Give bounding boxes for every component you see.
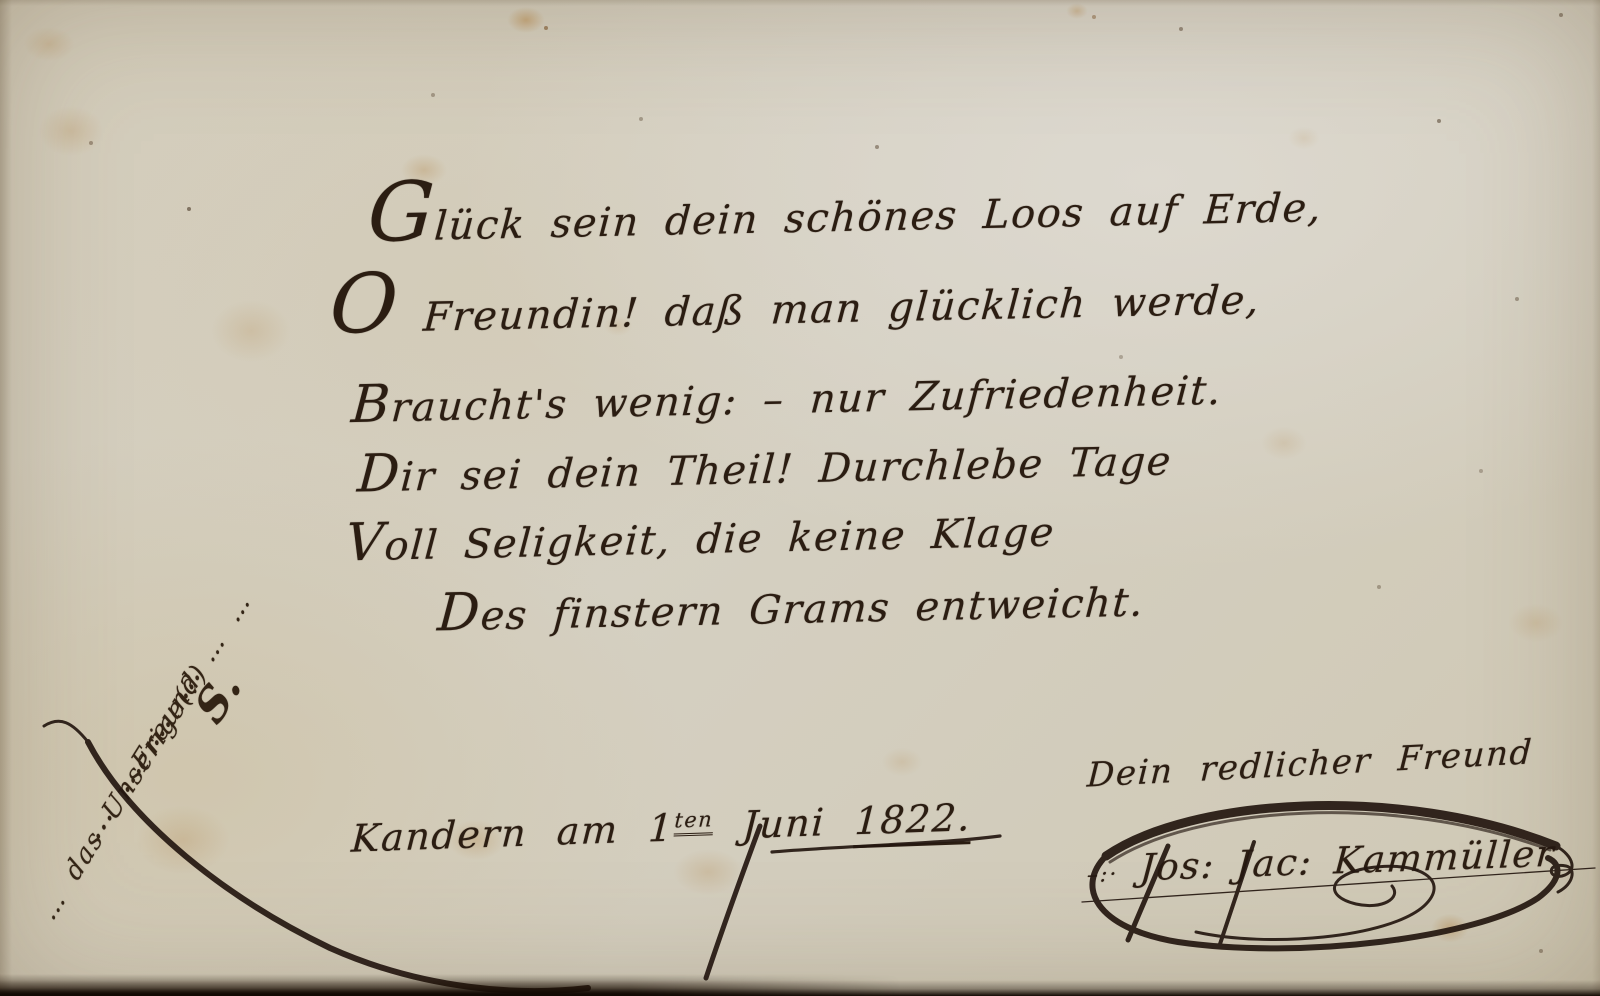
stain xyxy=(196,288,306,374)
dateline-year: 1822. xyxy=(853,795,972,848)
page-edge-top xyxy=(0,0,1600,6)
stain xyxy=(26,96,116,166)
page-edge-bottom-left xyxy=(0,974,900,996)
poem-line-3: Braucht's wenig: – nur Zufriedenheit. xyxy=(350,365,1224,435)
valediction: Dein redlicher Freund xyxy=(1086,730,1534,797)
ink-specks xyxy=(0,0,2,2)
page-edge-left xyxy=(0,0,12,996)
poem-line-6: Des finstern Grams entweicht. xyxy=(436,577,1146,644)
signature-line: –:· Jos: Jac: Kammüller xyxy=(1086,830,1557,894)
marginalia-flourish-tail xyxy=(44,721,88,742)
stain xyxy=(500,2,552,38)
manuscript-page-photo: Glück sein dein schönes Loos auf Erde, O… xyxy=(0,0,1600,996)
stain xyxy=(1252,420,1316,466)
stain xyxy=(14,20,84,68)
signature-name: Jos: Jac: Kammüller xyxy=(1139,832,1557,889)
dateline-month: Juni xyxy=(712,799,856,848)
poem-line-4: Dir sei dein Theil! Durchlebe Tage xyxy=(356,435,1174,504)
stain xyxy=(1282,122,1326,154)
stain xyxy=(874,742,930,782)
dateline: Kandern am 1ten Juni 1822. xyxy=(350,793,973,864)
stain xyxy=(1498,596,1574,650)
page-edge-bottom xyxy=(0,980,1600,996)
signature-lead-mark: –:· xyxy=(1086,862,1119,888)
poem-line-1: Glück sein dein schönes Loos auf Erde, xyxy=(366,182,1324,254)
poem-line-5: Voll Seligkeit, die keine Klage xyxy=(344,507,1057,574)
stain xyxy=(118,792,248,888)
page-edge-right xyxy=(1592,0,1600,996)
dateline-place-day: Kandern am 1 xyxy=(350,806,675,861)
marginalia-flourish xyxy=(88,742,588,991)
stain xyxy=(1424,908,1476,948)
dateline-day-suffix: ten xyxy=(674,808,714,837)
poem-line-2: O Freundin! daß man glücklich werde, xyxy=(328,274,1262,345)
stain xyxy=(1062,0,1092,22)
